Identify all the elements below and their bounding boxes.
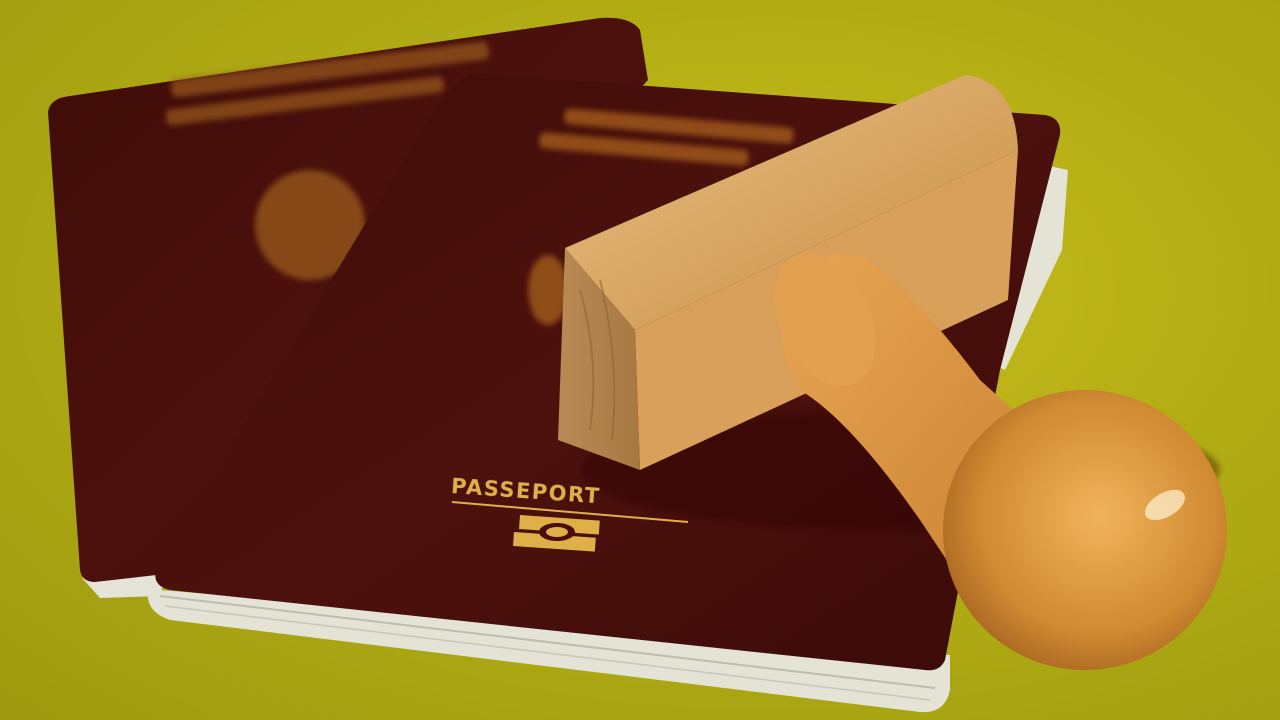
photo-scene: PASSEPORT	[0, 0, 1280, 720]
biometric-chip-icon	[513, 515, 600, 552]
scene-illustration	[0, 0, 1280, 720]
